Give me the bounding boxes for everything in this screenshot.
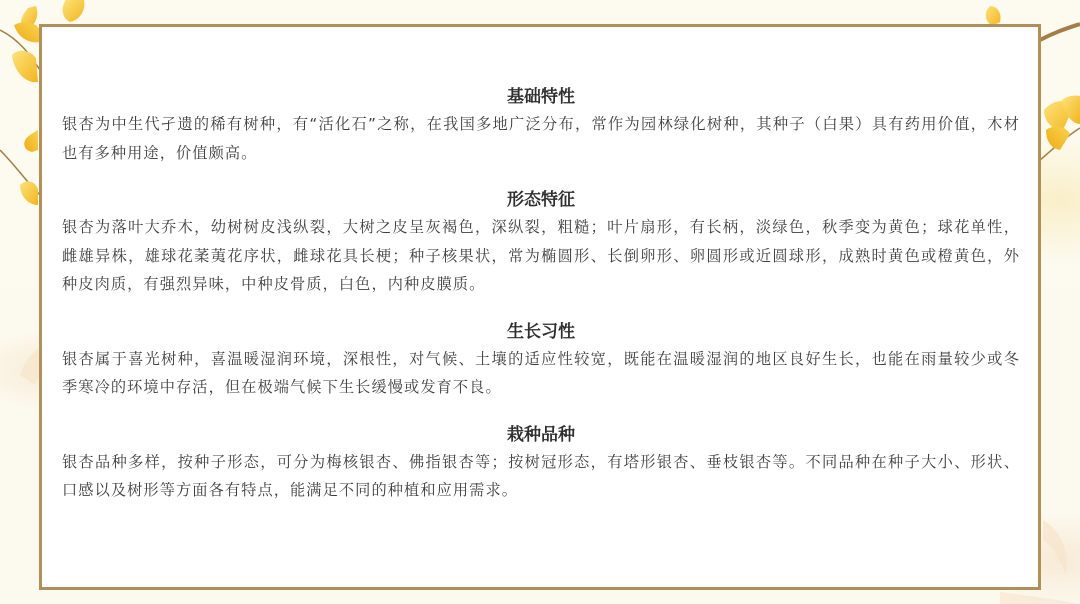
section-title: 基础特性: [62, 84, 1020, 110]
section-body: 银杏为中生代孑遗的稀有树种，有“活化石”之称，在我国多地广泛分布，常作为园林绿化…: [62, 110, 1020, 167]
content-area: 基础特性 银杏为中生代孑遗的稀有树种，有“活化石”之称，在我国多地广泛分布，常作…: [62, 84, 1020, 505]
section-body: 银杏品种多样，按种子形态，可分为梅核银杏、佛指银杏等；按树冠形态，有塔形银杏、垂…: [62, 448, 1020, 505]
section-growth-habits: 生长习性 银杏属于喜光树种，喜温暖湿润环境，深根性，对气候、土壤的适应性较宽，既…: [62, 319, 1020, 402]
section-body: 银杏属于喜光树种，喜温暖湿润环境，深根性，对气候、土壤的适应性较宽，既能在温暖湿…: [62, 345, 1020, 402]
section-title: 形态特征: [62, 187, 1020, 213]
section-body: 银杏为落叶大乔木，幼树树皮浅纵裂，大树之皮呈灰褐色，深纵裂，粗糙；叶片扇形，有长…: [62, 213, 1020, 299]
section-morphology: 形态特征 银杏为落叶大乔木，幼树树皮浅纵裂，大树之皮呈灰褐色，深纵裂，粗糙；叶片…: [62, 187, 1020, 299]
section-title: 栽种品种: [62, 422, 1020, 448]
section-title: 生长习性: [62, 319, 1020, 345]
section-basic-features: 基础特性 银杏为中生代孑遗的稀有树种，有“活化石”之称，在我国多地广泛分布，常作…: [62, 84, 1020, 167]
section-cultivars: 栽种品种 银杏品种多样，按种子形态，可分为梅核银杏、佛指银杏等；按树冠形态，有塔…: [62, 422, 1020, 505]
